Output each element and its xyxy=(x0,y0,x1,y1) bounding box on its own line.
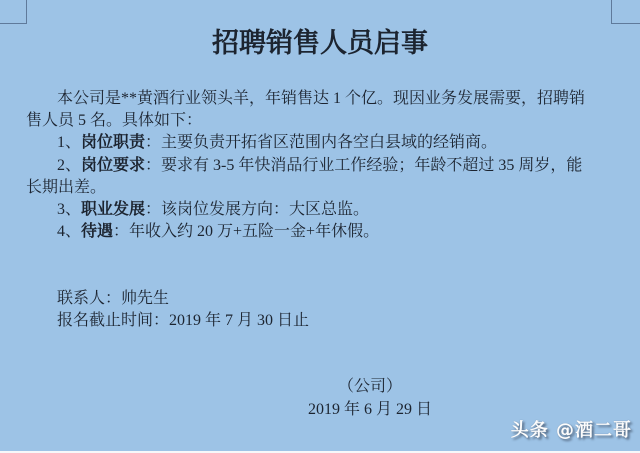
text-segment: ：主要负责开拓省区范围内各空白县域的经销商。 xyxy=(145,134,497,151)
bold-text-segment: 职业发展 xyxy=(81,201,145,218)
text-line: （公司） xyxy=(26,376,614,398)
text-segment: 1、 xyxy=(57,134,81,151)
text-segment: 报名截止时间：2019 年 7 月 30 日止 xyxy=(57,312,309,329)
text-segment: ：年收入约 20 万+五险一金+年休假。 xyxy=(113,223,379,240)
text-segment: 4、 xyxy=(57,223,81,240)
bold-text-segment: 岗位职责 xyxy=(81,134,145,151)
bold-text-segment: 岗位要求 xyxy=(81,157,145,174)
crop-mark-top-left-vertical xyxy=(26,0,27,24)
text-segment: 2019 年 6 月 29 日 xyxy=(308,401,432,418)
text-line: 联系人：帅先生 xyxy=(26,288,614,310)
watermark-text: 头条 @酒二哥 xyxy=(511,420,632,441)
text-segment: 联系人：帅先生 xyxy=(57,290,169,307)
crop-mark-top-right-vertical xyxy=(611,0,612,24)
text-line: 4、待遇：年收入约 20 万+五险一金+年休假。 xyxy=(26,221,614,243)
text-segment: 长期出差。 xyxy=(26,179,106,196)
text-segment: 本公司是**黄酒行业领头羊，年销售达 1 个亿。现因业务发展需要，招聘销 xyxy=(57,90,585,107)
text-segment: 3、 xyxy=(57,201,81,218)
bold-text-segment: 待遇 xyxy=(81,223,113,240)
crop-mark-top-right-horizontal xyxy=(611,23,640,24)
text-segment: 2、 xyxy=(57,157,81,174)
text-line: 本公司是**黄酒行业领头羊，年销售达 1 个亿。现因业务发展需要，招聘销 xyxy=(26,88,614,110)
text-segment: 售人员 5 名。具体如下： xyxy=(26,112,202,129)
text-segment: ：要求有 3-5 年快消品行业工作经验；年龄不超过 35 周岁，能 xyxy=(145,157,582,174)
blank-line xyxy=(26,354,614,376)
watermark: 头条 @酒二哥 xyxy=(511,416,632,442)
text-segment: ：该岗位发展方向：大区总监。 xyxy=(145,201,369,218)
blank-line xyxy=(26,243,614,265)
blank-line xyxy=(26,266,614,288)
notice-title: 招聘销售人员启事 xyxy=(0,27,640,59)
text-line: 报名截止时间：2019 年 7 月 30 日止 xyxy=(26,310,614,332)
text-segment: （公司） xyxy=(338,378,402,395)
text-line: 3、职业发展：该岗位发展方向：大区总监。 xyxy=(26,199,614,221)
document-page: 招聘销售人员启事 本公司是**黄酒行业领头羊，年销售达 1 个亿。现因业务发展需… xyxy=(0,0,640,453)
notice-body: 本公司是**黄酒行业领头羊，年销售达 1 个亿。现因业务发展需要，招聘销售人员 … xyxy=(26,88,614,421)
crop-mark-top-left-horizontal xyxy=(0,23,27,24)
text-line: 1、岗位职责：主要负责开拓省区范围内各空白县域的经销商。 xyxy=(26,132,614,154)
text-line: 2、岗位要求：要求有 3-5 年快消品行业工作经验；年龄不超过 35 周岁，能 xyxy=(26,155,614,177)
text-line: 售人员 5 名。具体如下： xyxy=(26,110,614,132)
blank-line xyxy=(26,332,614,354)
text-line: 长期出差。 xyxy=(26,177,614,199)
